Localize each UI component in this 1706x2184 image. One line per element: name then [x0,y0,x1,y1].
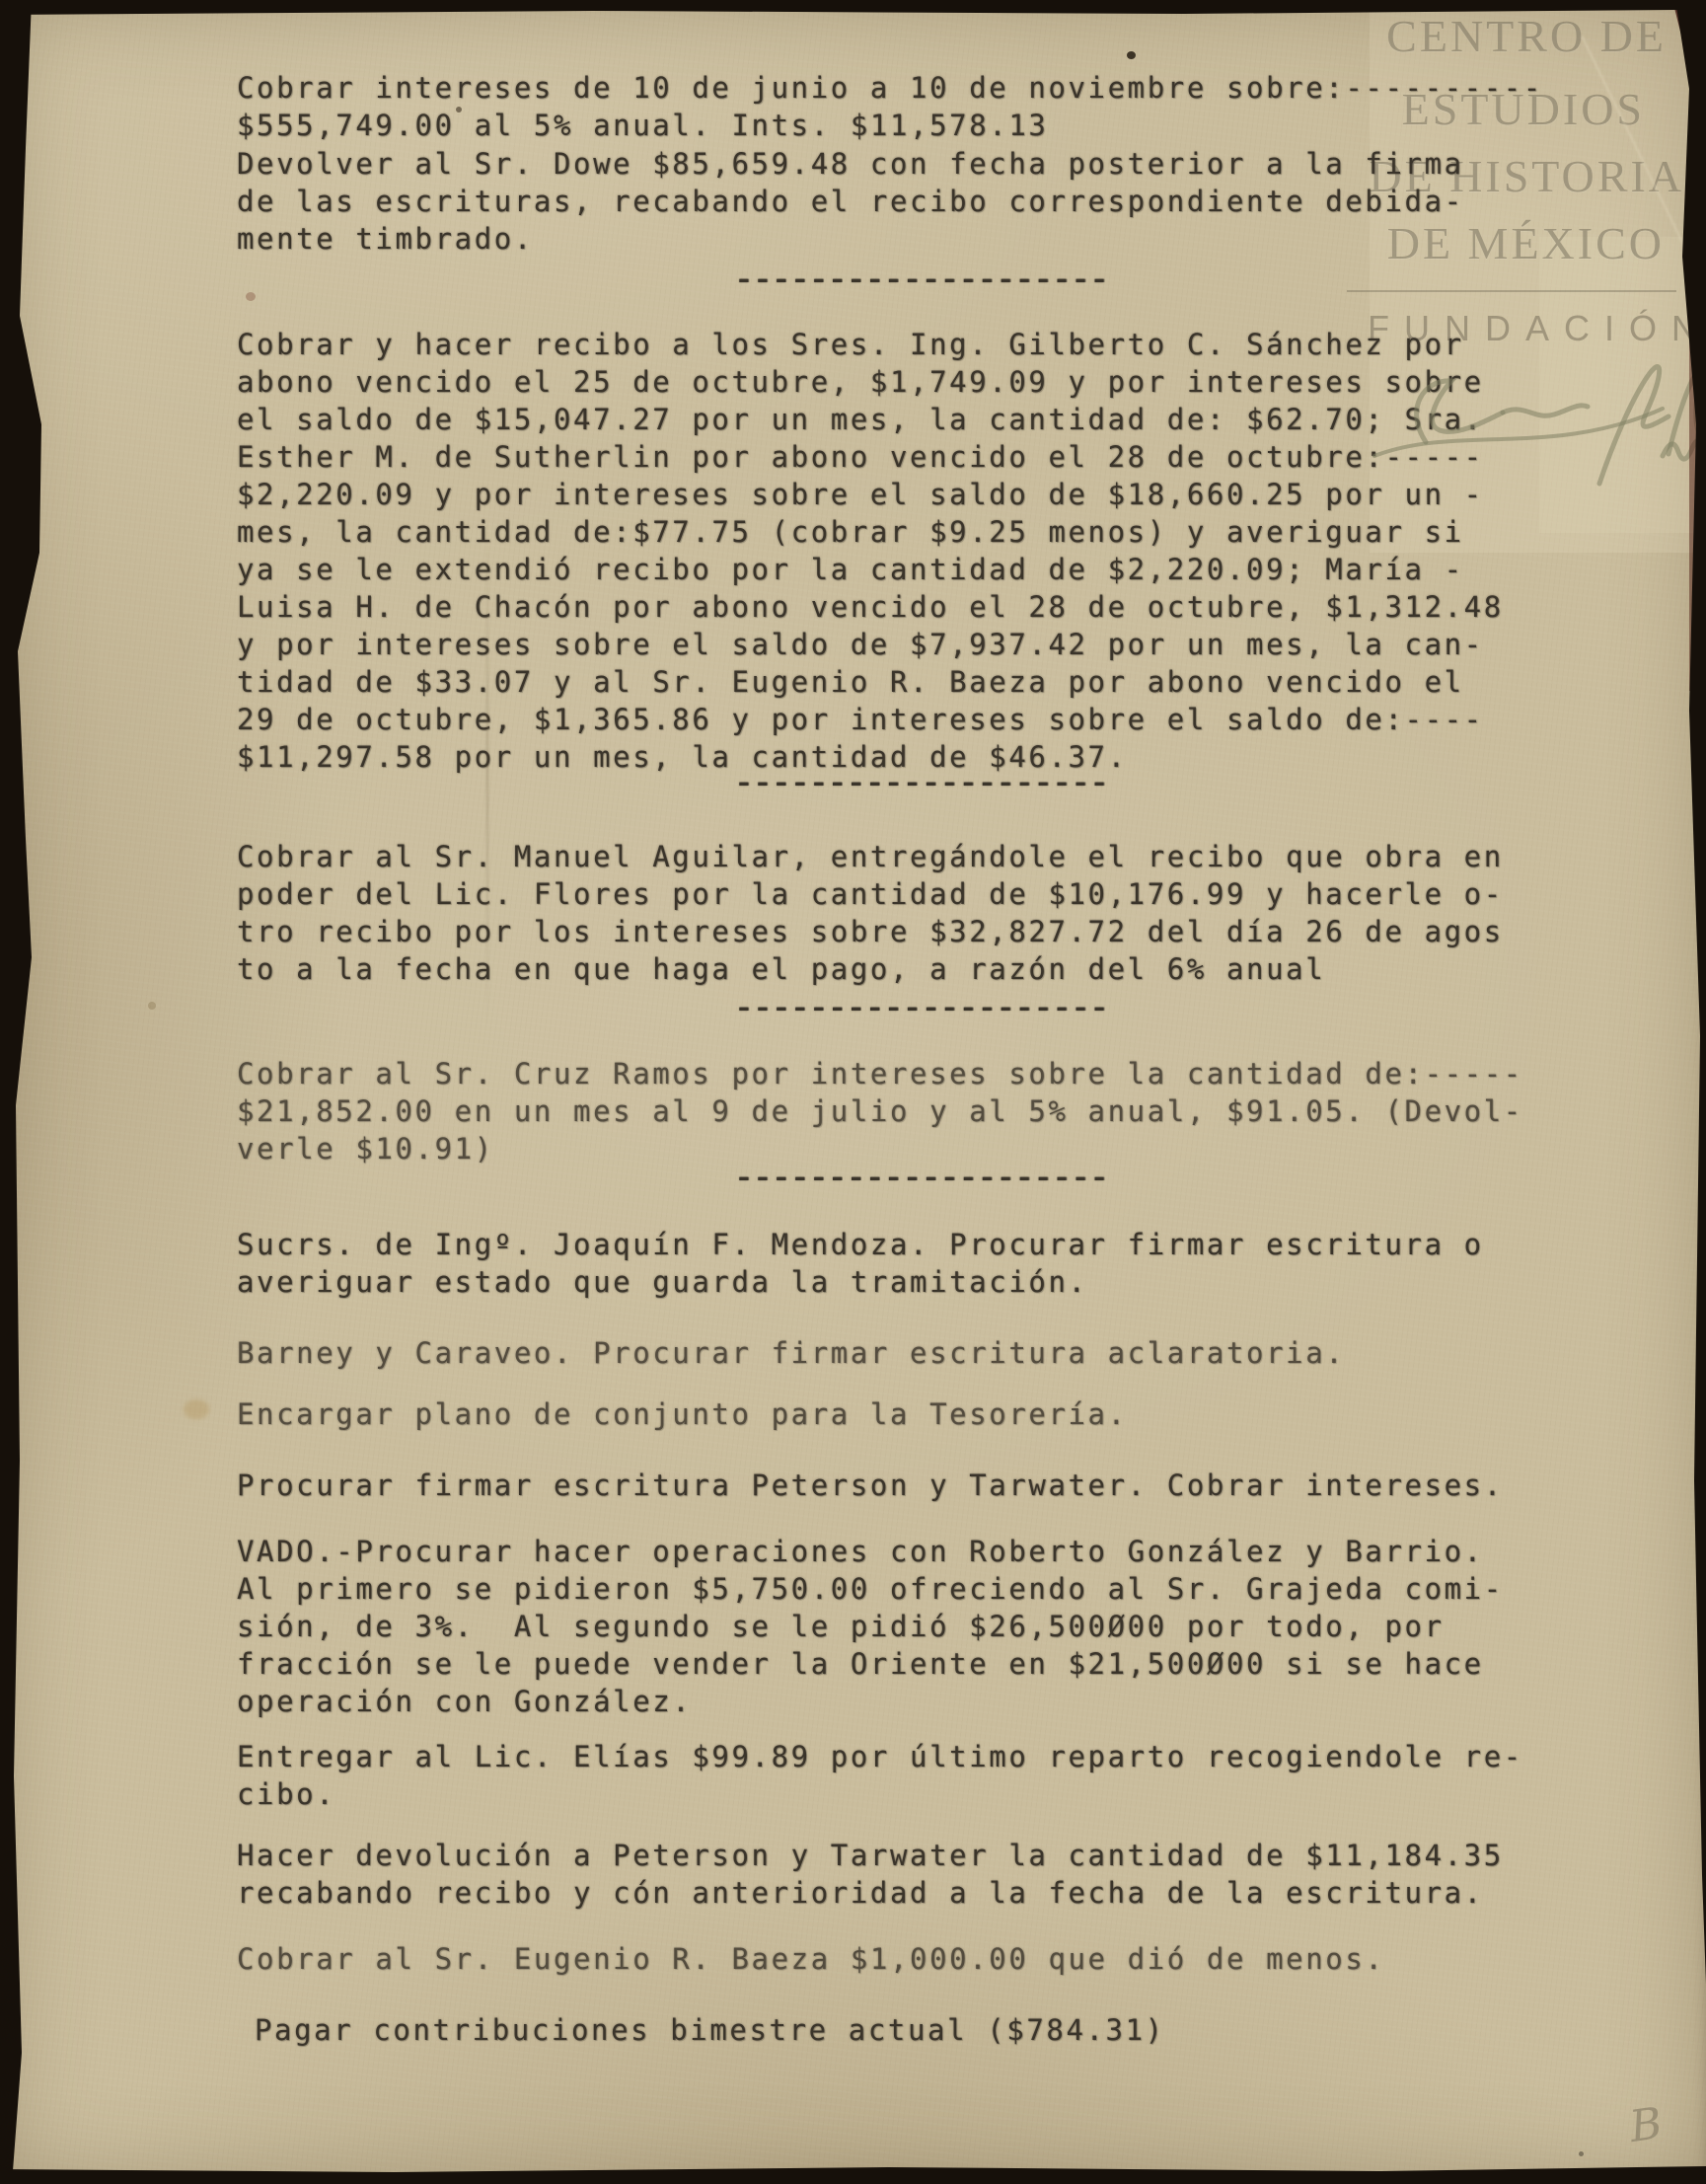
typed-line: Hacer devolución a Peterson y Tarwater l… [237,1837,1504,1874]
typed-line: Entregar al Lic. Elías $99.89 por último… [237,1738,1523,1775]
para-manuel-aguilar: Cobrar al Sr. Manuel Aguilar, entregándo… [237,838,1504,988]
para-devolver-dowe: Devolver al Sr. Dowe $85,659.48 con fech… [237,145,1464,258]
typed-line: Cobrar intereses de 10 de junio a 10 de … [237,69,1543,107]
typed-line: operación con González. [237,1683,1504,1720]
typed-separator: -------------------- [735,769,1109,795]
typed-line: fracción se le puede vender la Oriente e… [237,1645,1504,1683]
typed-line: verle $10.91) [237,1130,1523,1167]
typed-line: mente timbrado. [237,220,1464,258]
scanned-document: CENTRO DE ESTUDIOS DE HISTORIA DE MÉXICO… [0,0,1706,2184]
typed-line: Luisa H. de Chacón por abono vencido el … [237,588,1504,626]
typed-line: tidad de $33.07 y al Sr. Eugenio R. Baez… [237,663,1504,701]
typed-line: Procurar firmar escritura Peterson y Tar… [237,1467,1504,1504]
typed-line: 29 de octubre, $1,365.86 y por intereses… [237,701,1504,738]
para-vado: VADO.-Procurar hacer operaciones con Rob… [237,1533,1504,1720]
para-encargar-plano: Encargar plano de conjunto para la Tesor… [237,1395,1128,1433]
typed-line: Cobrar y hacer recibo a los Sres. Ing. G… [237,326,1504,363]
typed-separator: -------------------- [735,994,1109,1020]
typed-separator: -------------------- [735,1164,1109,1190]
typed-line: Cobrar al Sr. Eugenio R. Baeza $1,000.00… [237,1940,1384,1978]
typed-line: Cobrar al Sr. Manuel Aguilar, entregándo… [237,838,1504,875]
typed-line: abono vencido el 25 de octubre, $1,749.0… [237,363,1504,401]
typed-line: mes, la cantidad de:$77.75 (cobrar $9.25… [237,513,1504,551]
typed-line: el saldo de $15,047.27 por un mes, la ca… [237,401,1504,438]
typed-line: Barney y Caraveo. Procurar firmar escrit… [237,1334,1345,1372]
typed-line: y por intereses sobre el saldo de $7,937… [237,626,1504,663]
typed-line: Devolver al Sr. Dowe $85,659.48 con fech… [237,145,1464,183]
typed-line: sión, de 3%. Al segundo se le pidió $26,… [237,1608,1504,1645]
typed-line: $555,749.00 al 5% anual. Ints. $11,578.1… [237,107,1543,144]
para-cruz-ramos: Cobrar al Sr. Cruz Ramos por intereses s… [237,1055,1523,1167]
para-cobrar-intereses: Cobrar intereses de 10 de junio a 10 de … [237,69,1543,144]
para-cobrar-recibos-sres: Cobrar y hacer recibo a los Sres. Ing. G… [237,326,1504,776]
typed-line: $2,220.09 y por intereses sobre el saldo… [237,476,1504,513]
typed-line: $21,852.00 en un mes al 9 de julio y al … [237,1092,1523,1130]
typed-line: Al primero se pidieron $5,750.00 ofrecie… [237,1570,1504,1608]
typed-line: averiguar estado que guarda la tramitaci… [237,1263,1484,1301]
para-entregar-elias: Entregar al Lic. Elías $99.89 por último… [237,1738,1523,1813]
typed-line: Pagar contribuciones bimestre actual ($7… [255,2011,1165,2049]
para-cobrar-baeza: Cobrar al Sr. Eugenio R. Baeza $1,000.00… [237,1940,1384,1978]
typed-line: poder del Lic. Flores por la cantidad de… [237,875,1504,913]
typed-line: recabando recibo y cón anterioridad a la… [237,1874,1504,1912]
pencil-mark: B [1627,2098,1666,2152]
typed-line: de las escrituras, recabando el recibo c… [237,183,1464,220]
typed-line: to a la fecha en que haga el pago, a raz… [237,950,1504,988]
para-barney-caraveo: Barney y Caraveo. Procurar firmar escrit… [237,1334,1345,1372]
typed-line: Esther M. de Sutherlin por abono vencido… [237,438,1504,476]
para-pagar-contribuciones: Pagar contribuciones bimestre actual ($7… [255,2011,1165,2049]
typed-line: VADO.-Procurar hacer operaciones con Rob… [237,1533,1504,1570]
para-peterson-tarwater: Procurar firmar escritura Peterson y Tar… [237,1467,1504,1504]
typed-line: cibo. [237,1775,1523,1813]
typed-line: Cobrar al Sr. Cruz Ramos por intereses s… [237,1055,1523,1092]
typed-separator: -------------------- [735,265,1109,292]
typed-line: Encargar plano de conjunto para la Tesor… [237,1395,1128,1433]
para-devolucion-peterson: Hacer devolución a Peterson y Tarwater l… [237,1837,1504,1912]
typed-line: tro recibo por los intereses sobre $32,8… [237,913,1504,950]
typed-line: ya se le extendió recibo por la cantidad… [237,551,1504,588]
para-mendoza: Sucrs. de Ingº. Joaquín F. Mendoza. Proc… [237,1226,1484,1301]
typed-line: Sucrs. de Ingº. Joaquín F. Mendoza. Proc… [237,1226,1484,1263]
